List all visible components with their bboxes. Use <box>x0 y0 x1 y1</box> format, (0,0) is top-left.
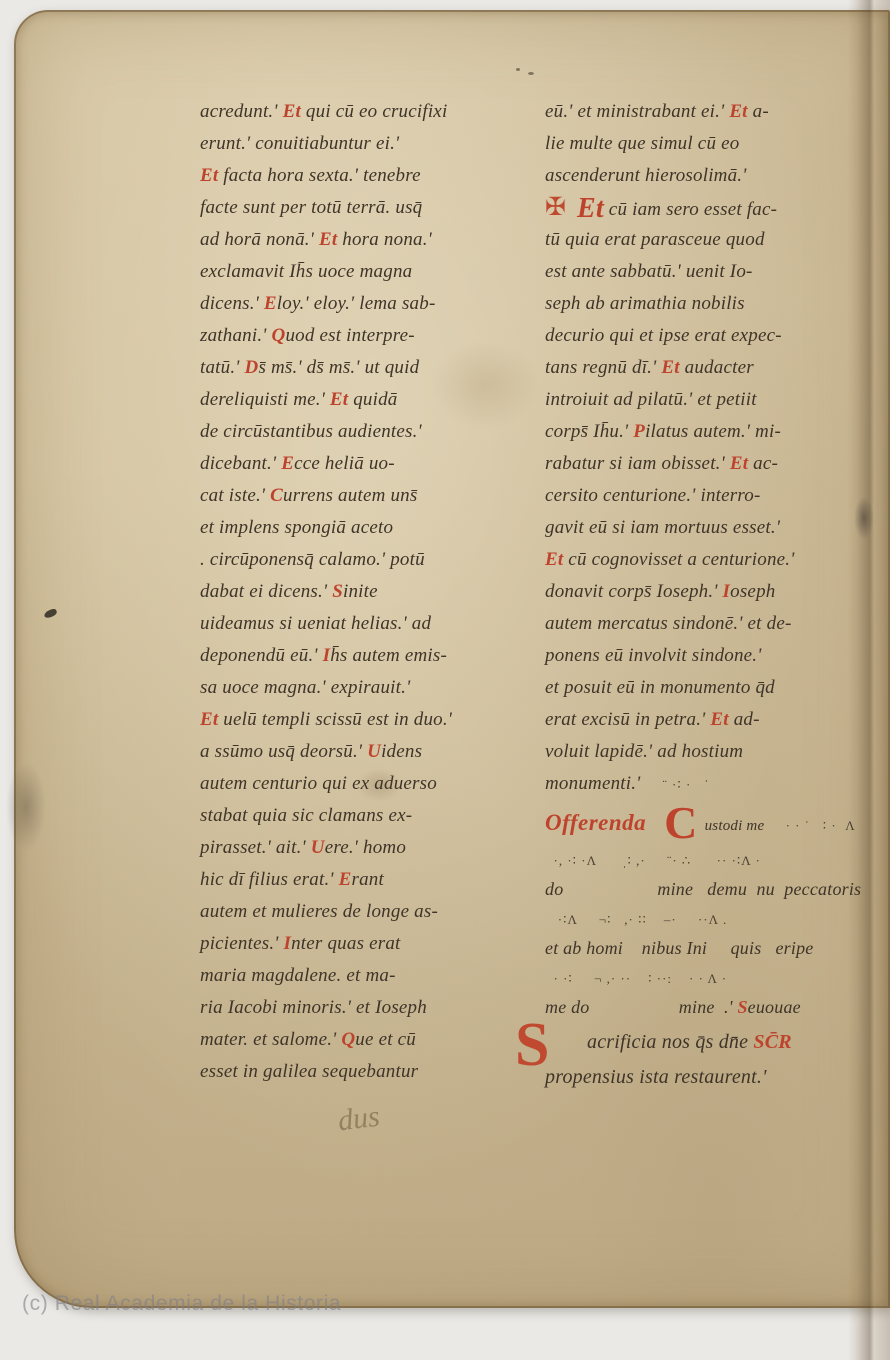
text-segment: uideamus si ueniat helias.' ad <box>200 613 431 634</box>
manuscript-line: dabat ei dicens.' Sinite <box>200 576 540 608</box>
text-segment: stabat quia sic clamans ex- <box>200 805 412 826</box>
text-segment: pirasset.' ait.' <box>200 837 311 858</box>
text-segment: facta hora sexta.' tenebre <box>218 165 420 186</box>
manuscript-line: tans regnū dī.' Et audacter <box>545 352 879 384</box>
manuscript-line: rabatur si iam obisset.' Et ac- <box>545 448 879 480</box>
text-segment: idens <box>381 741 422 762</box>
neume-row: ·, ·∶ ·Λ ˌ∶ ,· ¨· ∴ ·· ·∶Λ · <box>545 853 761 868</box>
prayer-line: Sacrificia nos q̄s dn̄e SC̄R <box>545 1023 879 1061</box>
manuscript-line: ria Iacobi minoris.' et Ioseph <box>200 992 540 1024</box>
manuscript-line: uideamus si ueniat helias.' ad <box>200 608 540 640</box>
text-segment: ue et cū <box>355 1029 416 1050</box>
manuscript-line: ✠Et cū iam sero esset fac- <box>545 192 879 224</box>
text-segment: corps̄ Ih̄u.' <box>545 421 633 442</box>
text-segment: dereliquisti me.' <box>200 389 330 410</box>
manuscript-line: corps̄ Ih̄u.' Pilatus autem.' mi- <box>545 416 879 448</box>
text-segment: ac- <box>748 453 778 474</box>
text-segment: tans regnū dī.' <box>545 357 661 378</box>
text-segment: est ante sabbatū.' uenit Io- <box>545 261 753 282</box>
text-segment: autem et mulieres de longe as- <box>200 901 438 922</box>
copyright-watermark: (c) Real Academia de la Historia <box>22 1292 341 1316</box>
manuscript-line: Et cū cognovisset a centurione.' <box>545 544 879 576</box>
text-segment: Et <box>330 389 348 410</box>
text-segment: et posuit eū in monumento q̄d <box>545 677 775 698</box>
rubric-line: OfferendaCustodi me · · ˈ ∶ · Λ <box>545 800 879 846</box>
manuscript-line: autem et mulieres de longe as- <box>200 896 540 928</box>
text-segment: hic dī filius erat.' <box>200 869 339 890</box>
text-segment: hora nona.' <box>337 229 432 250</box>
manuscript-line: cersito centurione.' interro- <box>545 480 879 512</box>
text-segment: esset in galilea sequebantur <box>200 1061 418 1082</box>
text-segment: euouae <box>748 997 801 1017</box>
text-segment: E <box>339 869 352 890</box>
text-segment: a ssūmo usq̄ deorsū.' <box>200 741 367 762</box>
manuscript-line: Et uelū templi scissū est in duo.' <box>200 704 540 736</box>
text-segment: S <box>737 997 747 1017</box>
manuscript-line: est ante sabbatū.' uenit Io- <box>545 256 879 288</box>
manuscript-line: erunt.' conuitiabuntur ei.' <box>200 128 540 160</box>
text-segment: P <box>633 421 645 442</box>
manuscript-line: de circūstantibus audientes.' <box>200 416 540 448</box>
text-segment: Et <box>200 709 218 730</box>
manuscript-line: deponendū eū.' Ih̄s autem emis- <box>200 640 540 672</box>
text-segment: ilatus autem.' mi- <box>645 421 781 442</box>
text-segment: h̄s autem emis- <box>330 645 447 666</box>
text-segment: uod est interpre- <box>285 325 414 346</box>
text-segment: I <box>723 581 731 602</box>
manuscript-line: zathani.' Quod est interpre- <box>200 320 540 352</box>
text-segment: Et <box>319 229 337 250</box>
text-segment: cū iam sero esset fac- <box>604 199 777 220</box>
large-red-initial: S <box>515 1015 550 1075</box>
text-segment: donavit corps̄ Ioseph.' <box>545 581 723 602</box>
text-segment: oseph <box>730 581 775 602</box>
manuscript-line: Et facta hora sexta.' tenebre <box>200 160 540 192</box>
text-segment: qui cū eo crucifixi <box>301 101 447 122</box>
text-segment: U <box>311 837 325 858</box>
text-segment: maria magdalene. et ma- <box>200 965 396 986</box>
text-segment: monumenti.' <box>545 773 640 794</box>
text-segment: nter quas erat <box>291 933 400 954</box>
red-cross-icon: ✠ <box>545 192 577 224</box>
text-segment: rant <box>352 869 384 890</box>
neume-row: ¨ ·∶ · ˈ <box>662 777 709 792</box>
text-segment: zathani.' <box>200 325 272 346</box>
text-segment: decurio qui et ipse erat expec- <box>545 325 782 346</box>
manuscript-line: et ab homi nibus Ini quis eripe <box>545 932 879 964</box>
manuscript-line: me do mine .' Seuouae <box>545 991 879 1023</box>
manuscript-line: a ssūmo usq̄ deorsū.' Uidens <box>200 736 540 768</box>
text-segment: acrificia nos q̄s dn̄e <box>587 1031 753 1053</box>
text-segment: a- <box>748 101 769 122</box>
manuscript-line: tatū.' Ds̄ ms̄.' ds̄ ms̄.' ut quid <box>200 352 540 384</box>
text-segment: uelū templi scissū est in duo.' <box>218 709 452 730</box>
parchment-speck <box>516 68 520 71</box>
manuscript-line: voluit lapidē.' ad hostium <box>545 736 879 768</box>
manuscript-line: erat excisū in petra.' Et ad- <box>545 704 879 736</box>
text-segment: de circūstantibus audientes.' <box>200 421 422 442</box>
text-segment: ponens eū involvit sindone.' <box>545 645 762 666</box>
text-segment: D <box>245 357 259 378</box>
manuscript-line: dereliquisti me.' Et quidā <box>200 384 540 416</box>
text-segment: acredunt.' <box>200 101 283 122</box>
text-segment: tatū.' <box>200 357 245 378</box>
text-segment: deponendū eū.' <box>200 645 323 666</box>
text-segment: et implens spongiā aceto <box>200 517 393 538</box>
manuscript-line: gavit eū si iam mortuus esset.' <box>545 512 879 544</box>
text-segment: s̄ ms̄.' ds̄ ms̄.' ut quid <box>258 357 419 378</box>
text-segment: Et <box>710 709 728 730</box>
text-segment: Et <box>730 453 748 474</box>
text-segment: U <box>367 741 381 762</box>
text-segment: erat excisū in petra.' <box>545 709 710 730</box>
manuscript-line: autem mercatus sindonē.' et de- <box>545 608 879 640</box>
text-segment: do mine demu nu peccatoris <box>545 879 861 899</box>
manuscript-line: . circūponensq̄ calamo.' potū <box>200 544 540 576</box>
text-segment: cat iste.' <box>200 485 270 506</box>
text-segment: SC̄R <box>753 1031 791 1053</box>
large-red-initial: Et <box>577 193 604 224</box>
neume-row: ·∶Λ ¬∶ ,· ∶∶ –· ··Λ . <box>545 905 879 932</box>
text-segment: seph ab arimathia nobilis <box>545 293 745 314</box>
manuscript-line: cat iste.' Currens autem uns̄ <box>200 480 540 512</box>
text-segment: C <box>270 485 283 506</box>
text-segment: ad- <box>729 709 760 730</box>
manuscript-line: monumenti.'¨ ·∶ · ˈ <box>545 768 879 800</box>
text-segment: E <box>281 453 294 474</box>
manuscript-line: exclamavit Ih̄s uoce magna <box>200 256 540 288</box>
neume-row: · ·∶ ¬ ,· ·· ∶ ··: · · Λ · <box>545 971 727 986</box>
manuscript-line: dicens.' Eloy.' eloy.' lema sab- <box>200 288 540 320</box>
text-segment: me do mine .' <box>545 997 737 1017</box>
text-segment: mater. et salome.' <box>200 1029 341 1050</box>
manuscript-line: tū quia erat parasceue quod <box>545 224 879 256</box>
text-segment: urrens autem uns̄ <box>283 485 417 506</box>
chant-incipit: ustodi me <box>705 818 765 834</box>
manuscript-line: donavit corps̄ Ioseph.' Ioseph <box>545 576 879 608</box>
text-segment: propensius ista restaurent.' <box>545 1066 767 1088</box>
neume-row: · ·∶ ¬ ,· ·· ∶ ··: · · Λ · <box>545 964 879 991</box>
manuscript-line: autem centurio qui ex aduerso <box>200 768 540 800</box>
manuscript-line: dicebant.' Ecce heliā uo- <box>200 448 540 480</box>
text-segment: voluit lapidē.' ad hostium <box>545 741 743 762</box>
manuscript-line: maria magdalene. et ma- <box>200 960 540 992</box>
large-red-initial: C <box>664 797 697 848</box>
neume-row: ·, ·∶ ·Λ ˌ∶ ,· ¨· ∴ ·· ·∶Λ · <box>545 846 879 873</box>
manuscript-line: esset in galilea sequebantur <box>200 1056 540 1088</box>
parchment-stain <box>6 762 46 852</box>
text-column-left: acredunt.' Et qui cū eo crucifixierunt.'… <box>200 96 540 1088</box>
text-segment: eū.' et ministrabant ei.' <box>545 101 729 122</box>
manuscript-line: propensius ista restaurent.' <box>545 1061 879 1093</box>
text-segment: autem centurio qui ex aduerso <box>200 773 437 794</box>
manuscript-line: ponens eū involvit sindone.' <box>545 640 879 672</box>
parchment-speck <box>528 72 534 75</box>
manuscript-line: sa uoce magna.' expirauit.' <box>200 672 540 704</box>
text-segment: sa uoce magna.' expirauit.' <box>200 677 410 698</box>
manuscript-line: hic dī filius erat.' Erant <box>200 864 540 896</box>
manuscript-line: do mine demu nu peccatoris <box>545 873 879 905</box>
manuscript-line: acredunt.' Et qui cū eo crucifixi <box>200 96 540 128</box>
text-segment: Et <box>283 101 301 122</box>
manuscript-line: pirasset.' ait.' Uere.' homo <box>200 832 540 864</box>
text-segment: S <box>332 581 343 602</box>
manuscript-line: ascenderunt hierosolimā.' <box>545 160 879 192</box>
text-segment: Et <box>545 549 563 570</box>
prayer-text: acrificia nos q̄s dn̄e SC̄R <box>587 1031 792 1053</box>
text-segment: quidā <box>348 389 397 410</box>
text-segment: rabatur si iam obisset.' <box>545 453 730 474</box>
text-segment: erunt.' conuitiabuntur ei.' <box>200 133 399 154</box>
manuscript-line: et implens spongiā aceto <box>200 512 540 544</box>
text-segment: cce heliā uo- <box>294 453 395 474</box>
text-segment: dabat ei dicens.' <box>200 581 332 602</box>
manuscript-line: eū.' et ministrabant ei.' Et a- <box>545 96 879 128</box>
manuscript-line: facte sunt per totū terrā. usq̄ <box>200 192 540 224</box>
text-segment: Q <box>272 325 286 346</box>
manuscript-line: lie multe que simul cū eo <box>545 128 879 160</box>
text-segment: Et <box>729 101 747 122</box>
text-segment: audacter <box>680 357 754 378</box>
neume-row: · · ˈ ∶ · Λ <box>764 818 855 833</box>
manuscript-line: introiuit ad pilatū.' et petiit <box>545 384 879 416</box>
text-segment: gavit eū si iam mortuus esset.' <box>545 517 780 538</box>
manuscript-scan: acredunt.' Et qui cū eo crucifixierunt.'… <box>0 0 890 1360</box>
text-segment: tū quia erat parasceue quod <box>545 229 765 250</box>
text-segment: et ab homi nibus Ini quis eripe <box>545 938 813 958</box>
text-segment: facte sunt per totū terrā. usq̄ <box>200 197 422 218</box>
text-segment: . circūponensq̄ calamo.' potū <box>200 549 425 570</box>
manuscript-line: ad horā nonā.' Et hora nona.' <box>200 224 540 256</box>
manuscript-line: mater. et salome.' Que et cū <box>200 1024 540 1056</box>
text-segment: inite <box>343 581 378 602</box>
text-segment: E <box>264 293 277 314</box>
marginal-scribble: dus <box>336 1100 382 1139</box>
text-segment: cersito centurione.' interro- <box>545 485 760 506</box>
text-segment: Q <box>341 1029 355 1050</box>
text-segment: ascenderunt hierosolimā.' <box>545 165 747 186</box>
manuscript-line: et posuit eū in monumento q̄d <box>545 672 879 704</box>
text-segment: picientes.' <box>200 933 284 954</box>
text-segment: cū cognovisset a centurione.' <box>563 549 794 570</box>
text-segment: ria Iacobi minoris.' et Ioseph <box>200 997 427 1018</box>
text-segment: exclamavit Ih̄s uoce magna <box>200 261 412 282</box>
text-segment: Et <box>200 165 218 186</box>
text-segment: Et <box>661 357 679 378</box>
text-segment: loy.' eloy.' lema sab- <box>277 293 436 314</box>
manuscript-line: seph ab arimathia nobilis <box>545 288 879 320</box>
text-segment: introiuit ad pilatū.' et petiit <box>545 389 757 410</box>
text-segment: lie multe que simul cū eo <box>545 133 739 154</box>
text-column-right: eū.' et ministrabant ei.' Et a-lie multe… <box>545 96 879 1093</box>
text-segment: autem mercatus sindonē.' et de- <box>545 613 791 634</box>
manuscript-line: picientes.' Inter quas erat <box>200 928 540 960</box>
text-segment: I <box>284 933 292 954</box>
text-segment: ad horā nonā.' <box>200 229 319 250</box>
text-segment: dicens.' <box>200 293 264 314</box>
text-segment: dicebant.' <box>200 453 281 474</box>
offertory-rubric: Offerenda <box>545 810 646 835</box>
neume-row: ·∶Λ ¬∶ ,· ∶∶ –· ··Λ . <box>545 912 727 927</box>
manuscript-line: stabat quia sic clamans ex- <box>200 800 540 832</box>
text-segment: ere.' homo <box>325 837 406 858</box>
manuscript-line: decurio qui et ipse erat expec- <box>545 320 879 352</box>
